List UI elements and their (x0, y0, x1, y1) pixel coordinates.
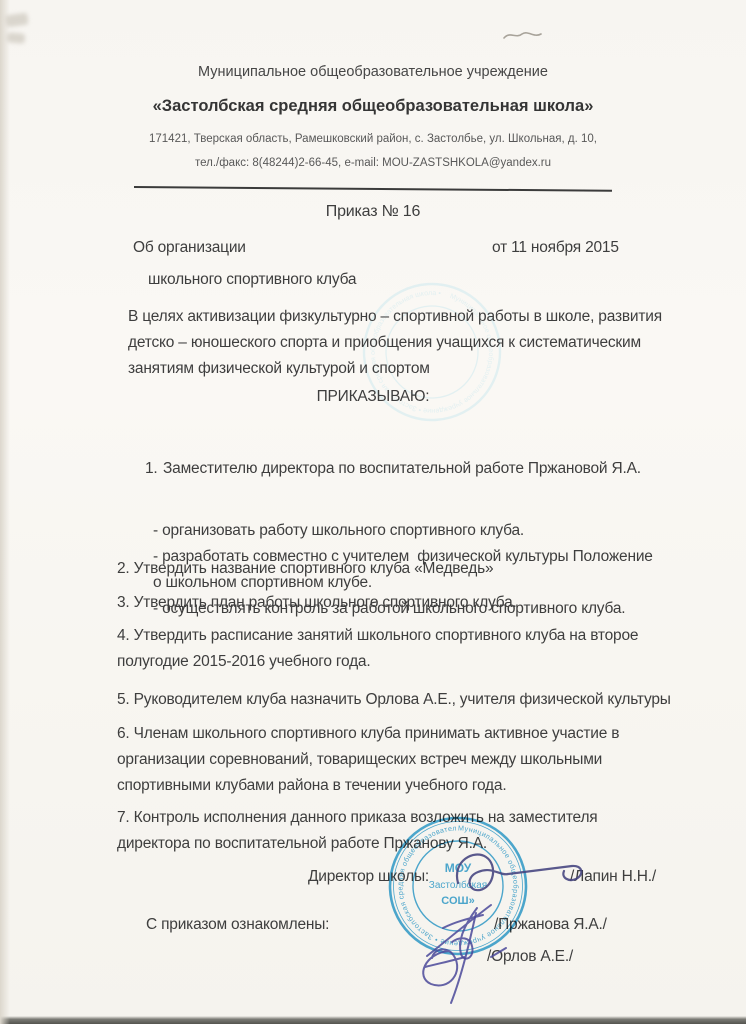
text-line: В целях активизации физкультурно – спорт… (128, 304, 662, 330)
order-item-5: 5. Руководителем клуба назначить Орлова … (117, 687, 671, 713)
text-line: 6. Членам школьного спортивного клуба пр… (117, 721, 619, 747)
text-line: спортивными клубами района в течении уче… (117, 773, 619, 799)
text-line: 4. Утвердить расписание занятий школьног… (117, 623, 638, 649)
director-signature (440, 845, 620, 905)
order-item-3: 3. Утвердить план работы школьного спорт… (117, 590, 517, 616)
order-subject-line2: школьного спортивного клуба (148, 271, 356, 289)
scan-pencil-mark (502, 28, 544, 44)
text-line: полугодие 2015-2016 учебного года. (117, 649, 638, 675)
letterhead-org-type: Муниципальное общеобразовательное учрежд… (0, 64, 746, 80)
decree-word: ПРИКАЗЫВАЮ: (0, 388, 746, 406)
letterhead-contacts: тел./факс: 8(48244)2-66-45, e-mail: MOU-… (0, 157, 746, 169)
text-line: 5. Руководителем клуба назначить Орлова … (117, 687, 671, 713)
order-item-6: 6. Членам школьного спортивного клуба пр… (117, 721, 619, 799)
order-preamble: В целях активизации физкультурно – спорт… (128, 304, 662, 382)
order-item-1-heading: 1.Заместителю директора по воспитательно… (145, 456, 653, 482)
orlov-signature (403, 905, 515, 1007)
scanned-order-document: Муниципальное общеобразовательное учрежд… (0, 0, 746, 1024)
scan-edge-left (0, 0, 10, 1024)
text-line: - организовать работу школьного спортивн… (153, 518, 653, 544)
acknowledged-label: С приказом ознакомлены: (146, 916, 329, 934)
text-line: организации соревнований, товарищеских в… (117, 747, 619, 773)
text-line: 2. Утвердить название спортивного клуба … (117, 556, 493, 582)
text-line: занятиям физической культурой и спортом (128, 356, 662, 382)
item-number: 1. (145, 456, 163, 482)
scan-edge-bottom (0, 1016, 746, 1024)
item-text: Заместителю директора по воспитательной … (163, 460, 641, 477)
text-line: 3. Утвердить план работы школьного спорт… (117, 590, 517, 616)
order-title: Приказ № 16 (0, 203, 746, 221)
letterhead-divider (134, 186, 612, 192)
scan-smudge (7, 32, 26, 44)
scan-edge-top (0, 0, 746, 4)
letterhead-address: 171421, Тверская область, Рамешковский р… (0, 133, 746, 145)
letterhead-school-name: «Застолбская средняя общеобразовательная… (0, 97, 746, 116)
order-item-4: 4. Утвердить расписание занятий школьног… (117, 623, 638, 675)
order-date: от 11 ноября 2015 (492, 239, 619, 257)
text-line: детско – юношеского спорта и приобщения … (128, 330, 662, 356)
order-subject-line1: Об организации (133, 239, 246, 257)
order-item-2: 2. Утвердить название спортивного клуба … (117, 556, 493, 582)
scan-smudge (5, 13, 28, 28)
